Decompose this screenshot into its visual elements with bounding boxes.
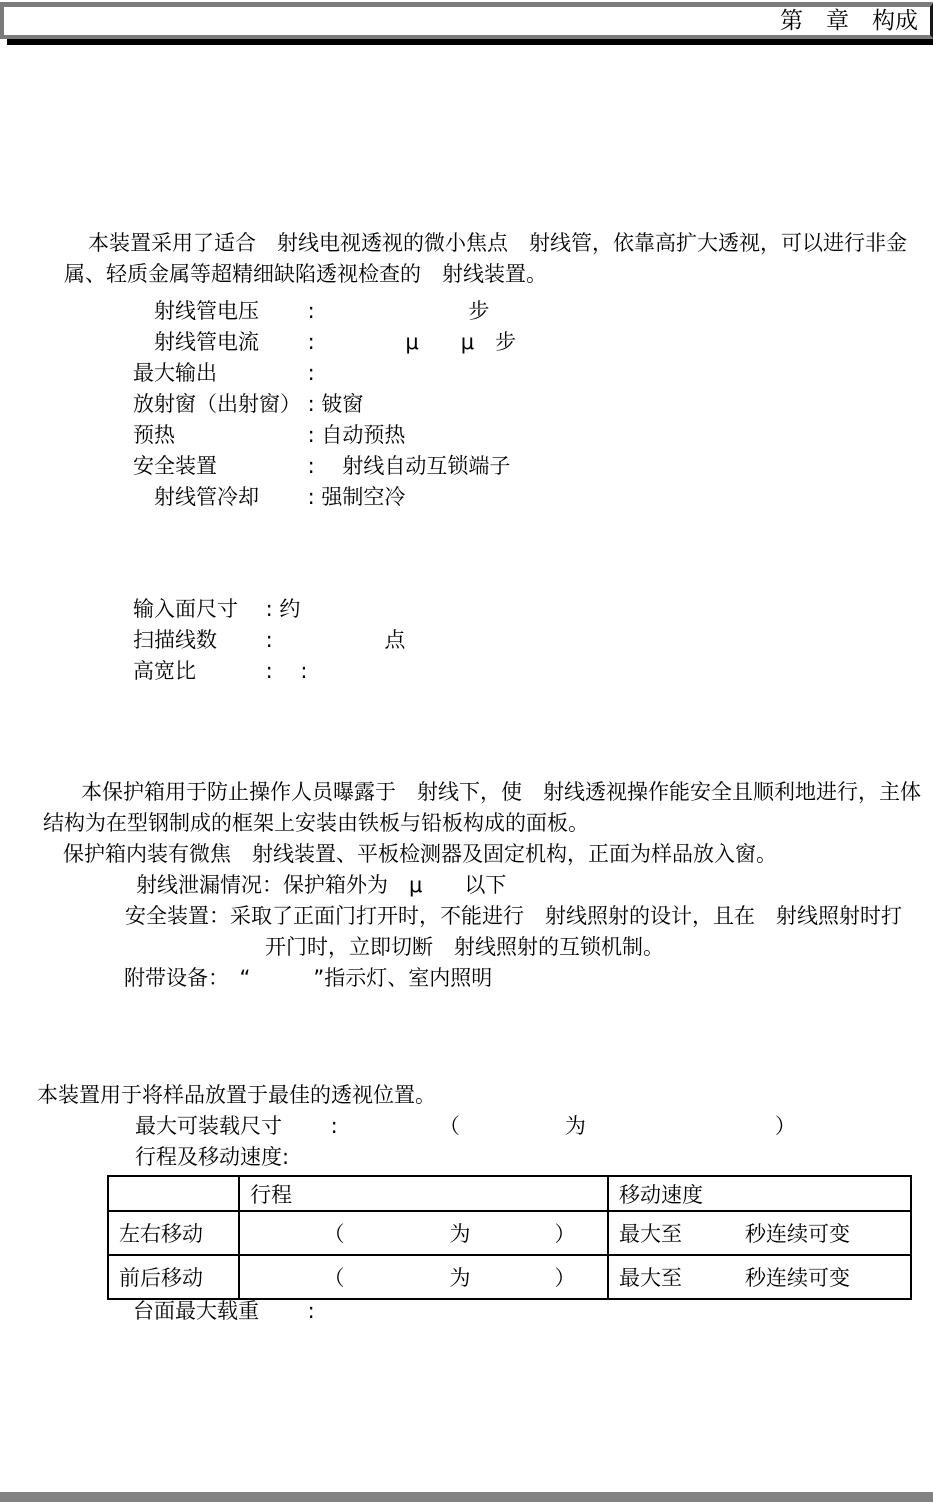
stage-intro: 本装置用于将样品放置于最佳的透视位置。 bbox=[37, 1081, 436, 1109]
table-cell-direction: 左右移动 bbox=[108, 1211, 239, 1255]
shield-leakage-line: 射线泄漏情况：保护箱外为 μ 以下 bbox=[136, 871, 506, 899]
table-header-empty bbox=[108, 1176, 239, 1211]
stroke-speed-table: 行程 移动速度 左右移动 （ 为 ） 最大至 秒连续可变 前后移动 （ 为 ） … bbox=[107, 1175, 912, 1300]
chapter-header-bar: 第 章 构成 bbox=[0, 2, 933, 39]
stage-stroke-heading: 行程及移动速度: bbox=[135, 1143, 289, 1171]
spec-tube-cooling: 射线管冷却 : 强制空冷 bbox=[133, 483, 405, 511]
table-row-left-right: 左右移动 （ 为 ） 最大至 秒连续可变 bbox=[108, 1211, 911, 1255]
spec-window: 放射窗（出射窗） : 铍窗 bbox=[133, 390, 363, 418]
shield-paragraph-2: 保护箱内装有微焦 射线装置、平板检测器及固定机构，正面为样品放入窗。 bbox=[63, 840, 777, 868]
shield-safety-line-2: 开门时，立即切断 射线照射的互锁机制。 bbox=[265, 933, 664, 961]
spec-safety-device: 安全装置 : 射线自动互锁端子 bbox=[133, 452, 510, 480]
spec-tube-voltage: 射线管电压 : 步 bbox=[133, 297, 489, 325]
table-cell-stroke: （ 为 ） bbox=[239, 1255, 608, 1299]
spec-input-size: 输入面尺寸 : 约 bbox=[133, 595, 300, 623]
shield-paragraph-line-2: 结构为在型钢制成的框架上安装由铁板与铅板构成的面板。 bbox=[43, 809, 589, 837]
chapter-header-shadow-rule bbox=[7, 39, 933, 45]
spec-scan-lines: 扫描线数 : 点 bbox=[133, 626, 405, 654]
spec-max-output: 最大输出 : bbox=[133, 359, 315, 387]
document-page: 第 章 构成 本装置采用了适合 射线电视透视的微小焦点 射线管，依靠高扩大透视，… bbox=[0, 0, 933, 1502]
table-cell-direction: 前后移动 bbox=[108, 1255, 239, 1299]
spec-tube-current: 射线管电流 : μ μ 步 bbox=[133, 328, 516, 356]
spec-preheat: 预热 : 自动预热 bbox=[133, 421, 405, 449]
intro-line-1: 本装置采用了适合 射线电视透视的微小焦点 射线管，依靠高扩大透视，可以进行非金 bbox=[88, 229, 907, 257]
table-header-speed: 移动速度 bbox=[608, 1176, 911, 1211]
intro-line-2: 属、轻质金属等超精细缺陷透视检查的 射线装置。 bbox=[64, 260, 547, 288]
table-cell-stroke: （ 为 ） bbox=[239, 1211, 608, 1255]
shield-paragraph-line-1: 本保护箱用于防止操作人员曝露于 射线下，使 射线透视操作能安全且顺利地进行，主体 bbox=[60, 778, 921, 806]
chapter-title: 第 章 构成 bbox=[780, 10, 918, 33]
table-row-front-back: 前后移动 （ 为 ） 最大至 秒连续可变 bbox=[108, 1255, 911, 1299]
stage-max-table-load: 台面最大载重 : bbox=[133, 1297, 315, 1325]
footer-bar bbox=[0, 1492, 933, 1502]
table-cell-speed: 最大至 秒连续可变 bbox=[608, 1255, 911, 1299]
spec-aspect-ratio: 高宽比 : : bbox=[133, 657, 308, 685]
stage-max-load-size: 最大可装载尺寸 : （ 为 ） bbox=[135, 1112, 796, 1140]
table-header-stroke: 行程 bbox=[239, 1176, 608, 1211]
shield-accessory-line: 附带设备： “ ”指示灯、室内照明 bbox=[124, 964, 492, 992]
table-header-row: 行程 移动速度 bbox=[108, 1176, 911, 1211]
table-cell-speed: 最大至 秒连续可变 bbox=[608, 1211, 911, 1255]
shield-safety-line-1: 安全装置：采取了正面门打开时，不能进行 射线照射的设计，且在 射线照射时打 bbox=[125, 902, 902, 930]
